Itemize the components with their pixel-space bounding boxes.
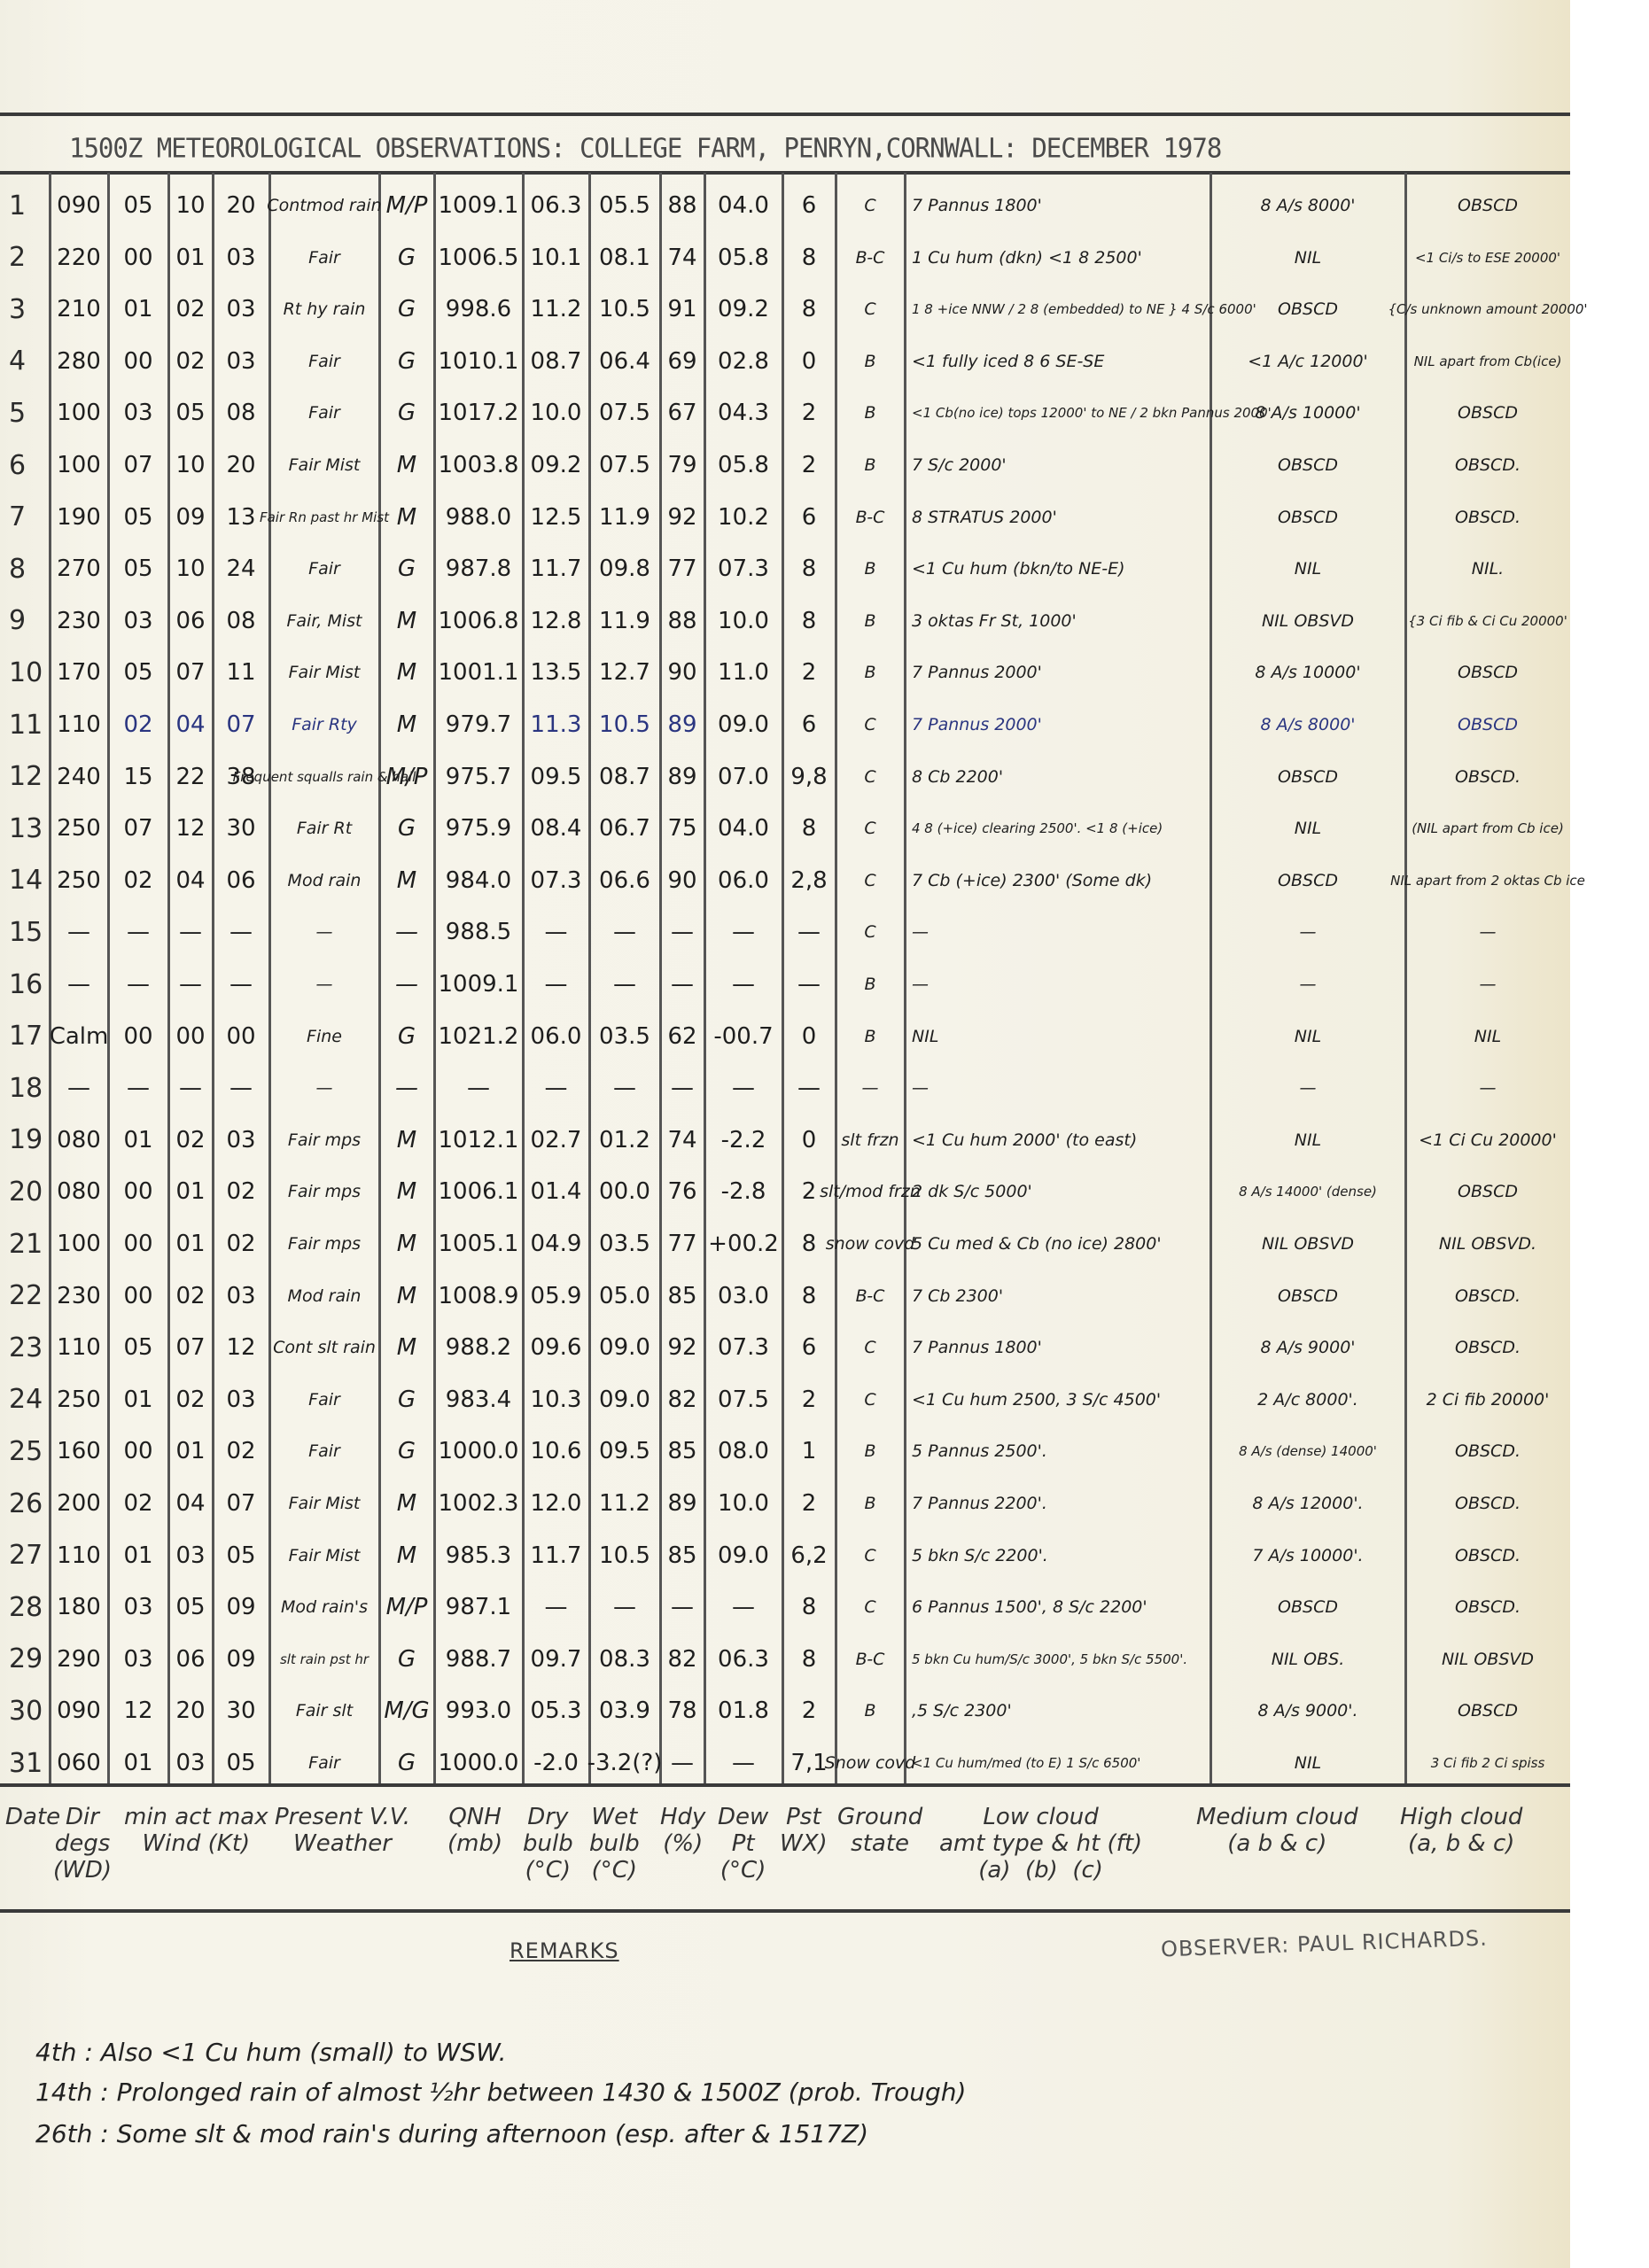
- cell-high: NIL apart from Cb(ice): [1405, 336, 1570, 387]
- cell-dir: 160: [50, 1425, 108, 1477]
- cell-wind-max: 08: [213, 387, 269, 439]
- cell-qnh: 1017.2: [434, 387, 523, 439]
- cell-qnh: 1009.1: [434, 959, 523, 1010]
- cell-wind-min: 03: [108, 1634, 168, 1685]
- cell-wind-max: 06: [213, 855, 269, 906]
- cell-wind-max: 03: [213, 1115, 269, 1166]
- cell-wet: 12.7: [589, 647, 660, 698]
- cell-present-weather: Fair: [269, 387, 379, 439]
- table-row: 15——————988.5—————C———: [0, 906, 1570, 958]
- cell-hdy: —: [660, 906, 704, 958]
- cell-dew: 10.2: [704, 492, 782, 543]
- cell-wet: 03.9: [589, 1685, 660, 1736]
- cell-high: —: [1405, 1062, 1570, 1114]
- cell-wind-max: 30: [213, 1685, 269, 1736]
- cell-wind-min: 01: [108, 1374, 168, 1425]
- cell-hdy: 88: [660, 180, 704, 231]
- cell-wind-max: —: [213, 959, 269, 1010]
- cell-wet: —: [589, 906, 660, 958]
- legend-weather: Present V.V. Weather: [275, 1804, 410, 1857]
- cell-ground: B: [836, 439, 905, 491]
- observer-name: OBSERVER: PAUL RICHARDS.: [1161, 1926, 1489, 1962]
- cell-pst: 8: [782, 1581, 836, 1633]
- cell-high: OBSCD.: [1405, 1425, 1570, 1477]
- cell-hdy: 91: [660, 283, 704, 335]
- cell-wind-max: 08: [213, 595, 269, 647]
- cell-medium: OBSCD: [1210, 439, 1405, 491]
- cell-medium: OBSCD: [1210, 492, 1405, 543]
- cell-low: —: [905, 906, 1217, 958]
- cell-dry: —: [523, 1581, 589, 1633]
- cell-high: OBSCD: [1405, 387, 1570, 439]
- cell-dry: 11.7: [523, 1530, 589, 1581]
- cell-wind-max: 03: [213, 336, 269, 387]
- cell-wet: 11.9: [589, 492, 660, 543]
- legend-date: Date: [5, 1804, 60, 1830]
- cell-dir: 090: [50, 180, 108, 231]
- cell-wind-min: 05: [108, 543, 168, 594]
- cell-present-weather: Fine: [269, 1011, 379, 1062]
- cell-wind-max: 24: [213, 543, 269, 594]
- cell-high: NIL OBSVD.: [1405, 1218, 1570, 1270]
- cell-low: —: [905, 959, 1217, 1010]
- cell-present-weather: Fair Mist: [269, 647, 379, 698]
- cell-dry: 11.3: [523, 699, 589, 750]
- table-row: 21100000102Fair mpsM1005.104.903.577+00.…: [0, 1218, 1570, 1270]
- cell-pst: 2: [782, 439, 836, 491]
- cell-qnh: 983.4: [434, 1374, 523, 1425]
- cell-dry: 02.7: [523, 1115, 589, 1166]
- cell-dry: 08.7: [523, 336, 589, 387]
- cell-dew: —: [704, 906, 782, 958]
- cell-vv: G: [379, 283, 434, 335]
- cell-dry: 09.6: [523, 1322, 589, 1373]
- cell-dry: 12.5: [523, 492, 589, 543]
- table-row: 6100071020Fair MistM1003.809.207.57905.8…: [0, 439, 1570, 491]
- cell-low: 7 Pannus 1800': [905, 1322, 1217, 1373]
- cell-present-weather: Fair mps: [269, 1166, 379, 1217]
- cell-vv: G: [379, 387, 434, 439]
- cell-wind-min: 05: [108, 1322, 168, 1373]
- cell-medium: 8 A/s 10000': [1210, 647, 1405, 698]
- cell-wet: 09.0: [589, 1322, 660, 1373]
- cell-qnh: —: [434, 1062, 523, 1114]
- table-row: 10170050711Fair MistM1001.113.512.79011.…: [0, 647, 1570, 698]
- cell-wet: 05.0: [589, 1270, 660, 1322]
- cell-medium: 8 A/s 8000': [1210, 180, 1405, 231]
- table-row: 20080000102Fair mpsM1006.101.400.076-2.8…: [0, 1166, 1570, 1217]
- cell-low: NIL: [905, 1011, 1217, 1062]
- cell-dry: 11.2: [523, 283, 589, 335]
- cell-present-weather: Rt hy rain: [269, 283, 379, 335]
- cell-dir: 100: [50, 387, 108, 439]
- cell-wind-max: 03: [213, 1374, 269, 1425]
- cell-dry: 13.5: [523, 647, 589, 698]
- cell-high: (NIL apart from Cb ice): [1405, 803, 1570, 854]
- cell-wind-min: 05: [108, 492, 168, 543]
- cell-present-weather: Fair: [269, 1374, 379, 1425]
- cell-present-weather: Fair: [269, 1737, 379, 1789]
- cell-low: 7 Pannus 2200'.: [905, 1478, 1217, 1529]
- cell-wind-act: 04: [168, 699, 213, 750]
- cell-dry: 04.9: [523, 1218, 589, 1270]
- cell-pst: 6: [782, 492, 836, 543]
- cell-wind-act: 01: [168, 1218, 213, 1270]
- cell-wind-act: 22: [168, 751, 213, 803]
- cell-dew: 05.8: [704, 232, 782, 283]
- cell-vv: M/P: [379, 1581, 434, 1633]
- cell-vv: M: [379, 647, 434, 698]
- cell-wet: 11.2: [589, 1478, 660, 1529]
- cell-dir: 270: [50, 543, 108, 594]
- legend-wind: min act max Wind (Kt): [124, 1804, 268, 1857]
- cell-qnh: 1000.0: [434, 1425, 523, 1477]
- remarks-heading: REMARKS: [509, 1938, 619, 1963]
- cell-ground: C: [836, 699, 905, 750]
- cell-qnh: 1006.1: [434, 1166, 523, 1217]
- cell-dir: 220: [50, 232, 108, 283]
- cell-qnh: 975.9: [434, 803, 523, 854]
- table-row: 11110020407Fair RtyM979.711.310.58909.06…: [0, 699, 1570, 750]
- cell-dew: 10.0: [704, 595, 782, 647]
- cell-wind-min: 00: [108, 1166, 168, 1217]
- cell-dew: 08.0: [704, 1425, 782, 1477]
- cell-medium: 2 A/c 8000'.: [1210, 1374, 1405, 1425]
- cell-medium: 8 A/s 9000': [1210, 1322, 1405, 1373]
- cell-hdy: 85: [660, 1530, 704, 1581]
- cell-medium: NIL: [1210, 543, 1405, 594]
- cell-wet: 07.5: [589, 387, 660, 439]
- remark-line: 14th : Prolonged rain of almost ½hr betw…: [35, 2078, 966, 2107]
- cell-ground: B: [836, 1425, 905, 1477]
- cell-wet: 09.5: [589, 1425, 660, 1477]
- cell-wind-max: 03: [213, 1270, 269, 1322]
- cell-hdy: 75: [660, 803, 704, 854]
- cell-vv: M: [379, 699, 434, 750]
- cell-wind-min: —: [108, 959, 168, 1010]
- cell-dir: 290: [50, 1634, 108, 1685]
- cell-wind-min: 00: [108, 1218, 168, 1270]
- cell-dew: 04.3: [704, 387, 782, 439]
- cell-low: 8 Cb 2200': [905, 751, 1217, 803]
- cell-wind-act: 10: [168, 543, 213, 594]
- table-row: 18————————————————: [0, 1062, 1570, 1114]
- cell-dry: 11.7: [523, 543, 589, 594]
- cell-qnh: 1009.1: [434, 180, 523, 231]
- legend-dew: Dew Pt (°C): [718, 1804, 768, 1884]
- column-legend: Date Dir degs (WD) min act max Wind (Kt)…: [0, 1786, 1570, 1910]
- cell-vv: G: [379, 803, 434, 854]
- cell-present-weather: Cont slt rain: [269, 1322, 379, 1373]
- cell-qnh: 1010.1: [434, 336, 523, 387]
- cell-hdy: 90: [660, 855, 704, 906]
- cell-vv: M: [379, 1322, 434, 1373]
- cell-dry: 10.3: [523, 1374, 589, 1425]
- cell-present-weather: Fair Rn past hr Mist: [269, 492, 379, 543]
- cell-wind-max: 02: [213, 1425, 269, 1477]
- cell-hdy: —: [660, 959, 704, 1010]
- cell-low: —: [905, 1062, 1217, 1114]
- cell-wind-act: 07: [168, 647, 213, 698]
- cell-vv: G: [379, 232, 434, 283]
- cell-qnh: 987.1: [434, 1581, 523, 1633]
- cell-dew: +00.2: [704, 1218, 782, 1270]
- cell-hdy: 74: [660, 232, 704, 283]
- cell-dew: 03.0: [704, 1270, 782, 1322]
- legend-dry: Dry bulb (°C): [523, 1804, 573, 1884]
- cell-pst: 0: [782, 336, 836, 387]
- cell-low: <1 fully iced 8 6 SE-SE: [905, 336, 1217, 387]
- cell-pst: 8: [782, 1270, 836, 1322]
- cell-pst: 2: [782, 1374, 836, 1425]
- cell-low: 8 STRATUS 2000': [905, 492, 1217, 543]
- observation-sheet: 1500Z METEOROLOGICAL OBSERVATIONS: COLLE…: [0, 0, 1570, 2268]
- cell-qnh: 1006.5: [434, 232, 523, 283]
- cell-hdy: 79: [660, 439, 704, 491]
- cell-high: OBSCD: [1405, 1685, 1570, 1736]
- cell-low: 7 Pannus 1800': [905, 180, 1217, 231]
- cell-ground: C: [836, 1374, 905, 1425]
- cell-wet: 09.8: [589, 543, 660, 594]
- cell-pst: 6: [782, 699, 836, 750]
- cell-pst: —: [782, 959, 836, 1010]
- cell-wind-min: 05: [108, 180, 168, 231]
- table-row: 13250071230Fair RtG975.908.406.77504.08C…: [0, 803, 1570, 854]
- cell-wet: 08.7: [589, 751, 660, 803]
- cell-vv: G: [379, 1011, 434, 1062]
- cell-wind-act: 06: [168, 595, 213, 647]
- cell-hdy: —: [660, 1737, 704, 1789]
- cell-medium: 8 A/s 14000' (dense): [1210, 1166, 1405, 1217]
- cell-dew: -2.8: [704, 1166, 782, 1217]
- cell-high: {C/s unknown amount 20000': [1405, 283, 1570, 335]
- cell-vv: M/G: [379, 1685, 434, 1736]
- cell-ground: B-C: [836, 1634, 905, 1685]
- cell-wind-max: 20: [213, 439, 269, 491]
- cell-ground: C: [836, 1530, 905, 1581]
- sheet-title: 1500Z METEOROLOGICAL OBSERVATIONS: COLLE…: [69, 132, 1221, 164]
- cell-medium: NIL: [1210, 1737, 1405, 1789]
- cell-medium: NIL OBSVD: [1210, 595, 1405, 647]
- cell-wind-act: —: [168, 906, 213, 958]
- cell-low: 7 Cb 2300': [905, 1270, 1217, 1322]
- cell-qnh: 1006.8: [434, 595, 523, 647]
- legend-wet: Wet bulb (°C): [589, 1804, 640, 1884]
- cell-wind-min: 00: [108, 1270, 168, 1322]
- cell-low: 5 Cu med & Cb (no ice) 2800': [905, 1218, 1217, 1270]
- cell-dew: -2.2: [704, 1115, 782, 1166]
- cell-vv: M: [379, 439, 434, 491]
- cell-pst: 8: [782, 1634, 836, 1685]
- cell-present-weather: Fair: [269, 1425, 379, 1477]
- cell-wind-min: 01: [108, 1737, 168, 1789]
- cell-wind-max: 07: [213, 699, 269, 750]
- cell-wet: 06.6: [589, 855, 660, 906]
- cell-pst: —: [782, 906, 836, 958]
- cell-dry: 10.0: [523, 387, 589, 439]
- table-row: 12240152238Frequent squalls rain & hailM…: [0, 751, 1570, 803]
- cell-wind-act: —: [168, 1062, 213, 1114]
- cell-pst: 0: [782, 1011, 836, 1062]
- cell-dry: 10.1: [523, 232, 589, 283]
- cell-wind-act: 20: [168, 1685, 213, 1736]
- cell-qnh: 1012.1: [434, 1115, 523, 1166]
- cell-wet: 09.0: [589, 1374, 660, 1425]
- cell-high: OBSCD.: [1405, 439, 1570, 491]
- cell-hdy: 82: [660, 1634, 704, 1685]
- cell-low: <1 Cu hum/med (to E) 1 S/c 6500': [905, 1737, 1217, 1789]
- cell-dry: 09.2: [523, 439, 589, 491]
- cell-wind-max: 02: [213, 1166, 269, 1217]
- cell-qnh: 1005.1: [434, 1218, 523, 1270]
- cell-low: 3 oktas Fr St, 1000': [905, 595, 1217, 647]
- cell-wind-act: 02: [168, 1374, 213, 1425]
- table-row: 27110010305Fair MistM985.311.710.58509.0…: [0, 1530, 1570, 1581]
- cell-qnh: 985.3: [434, 1530, 523, 1581]
- cell-dew: 11.0: [704, 647, 782, 698]
- cell-ground: Snow covd: [836, 1737, 905, 1789]
- cell-ground: C: [836, 906, 905, 958]
- cell-present-weather: Fair mps: [269, 1218, 379, 1270]
- cell-wet: 01.2: [589, 1115, 660, 1166]
- cell-dew: 07.3: [704, 543, 782, 594]
- cell-medium: OBSCD: [1210, 751, 1405, 803]
- cell-dry: —: [523, 906, 589, 958]
- cell-dir: 210: [50, 283, 108, 335]
- cell-present-weather: Fair, Mist: [269, 595, 379, 647]
- legend-qnh: QNH (mb): [447, 1804, 502, 1857]
- table-row: 7190050913Fair Rn past hr MistM988.012.5…: [0, 492, 1570, 543]
- cell-vv: M: [379, 1115, 434, 1166]
- cell-medium: OBSCD: [1210, 1270, 1405, 1322]
- cell-qnh: 1003.8: [434, 439, 523, 491]
- cell-ground: B: [836, 1478, 905, 1529]
- cell-wet: —: [589, 1062, 660, 1114]
- cell-low: 7 S/c 2000': [905, 439, 1217, 491]
- cell-low: 7 Pannus 2000': [905, 699, 1217, 750]
- cell-wind-act: 02: [168, 283, 213, 335]
- cell-medium: 8 A/s 8000': [1210, 699, 1405, 750]
- cell-wind-max: 30: [213, 803, 269, 854]
- cell-wind-act: 02: [168, 336, 213, 387]
- cell-hdy: 89: [660, 699, 704, 750]
- cell-ground: B: [836, 336, 905, 387]
- table-row: 5100030508FairG1017.210.007.56704.32B<1 …: [0, 387, 1570, 439]
- cell-dew: 02.8: [704, 336, 782, 387]
- cell-qnh: 979.7: [434, 699, 523, 750]
- cell-pst: 2,8: [782, 855, 836, 906]
- cell-ground: C: [836, 803, 905, 854]
- cell-low: 5 bkn Cu hum/S/c 3000', 5 bkn S/c 5500'.: [905, 1634, 1217, 1685]
- cell-ground: C: [836, 1322, 905, 1373]
- remark-line: 4th : Also <1 Cu hum (small) to WSW.: [35, 2038, 506, 2067]
- cell-low: 7 Pannus 2000': [905, 647, 1217, 698]
- cell-dir: 110: [50, 1322, 108, 1373]
- cell-present-weather: Fair: [269, 543, 379, 594]
- legend-hdy: Hdy (%): [660, 1804, 705, 1857]
- table-row: 28180030509Mod rain'sM/P987.1————8C6 Pan…: [0, 1581, 1570, 1633]
- cell-wet: 10.5: [589, 1530, 660, 1581]
- cell-hdy: 92: [660, 1322, 704, 1373]
- cell-wind-min: 00: [108, 1011, 168, 1062]
- cell-dew: 05.8: [704, 439, 782, 491]
- table-row: 25160000102FairG1000.010.609.58508.01B5 …: [0, 1425, 1570, 1477]
- cell-present-weather: Fair Mist: [269, 1478, 379, 1529]
- cell-medium: —: [1210, 959, 1405, 1010]
- cell-ground: C: [836, 180, 905, 231]
- cell-pst: 8: [782, 543, 836, 594]
- cell-present-weather: —: [269, 1062, 379, 1114]
- cell-pst: 2: [782, 1685, 836, 1736]
- cell-high: OBSCD: [1405, 699, 1570, 750]
- cell-medium: <1 A/c 12000': [1210, 336, 1405, 387]
- cell-wind-max: 02: [213, 1218, 269, 1270]
- cell-low: ,5 S/c 2300': [905, 1685, 1217, 1736]
- cell-high: NIL OBSVD: [1405, 1634, 1570, 1685]
- cell-dir: —: [50, 906, 108, 958]
- cell-wind-min: 07: [108, 803, 168, 854]
- cell-ground: B: [836, 1011, 905, 1062]
- cell-qnh: 988.2: [434, 1322, 523, 1373]
- legend-high-cloud: High cloud (a, b & c): [1400, 1804, 1522, 1857]
- cell-high: OBSCD.: [1405, 1530, 1570, 1581]
- cell-wind-min: 02: [108, 1478, 168, 1529]
- cell-vv: M: [379, 855, 434, 906]
- cell-wind-act: 01: [168, 1166, 213, 1217]
- cell-dir: 170: [50, 647, 108, 698]
- cell-dew: —: [704, 1581, 782, 1633]
- cell-wind-min: 02: [108, 699, 168, 750]
- cell-present-weather: Fair: [269, 232, 379, 283]
- cell-wind-max: 00: [213, 1011, 269, 1062]
- cell-medium: NIL OBS.: [1210, 1634, 1405, 1685]
- cell-dew: 09.0: [704, 699, 782, 750]
- legend-low-cloud: Low cloud amt type & ht (ft) (a) (b) (c): [939, 1804, 1142, 1884]
- cell-wind-act: 10: [168, 180, 213, 231]
- cell-wind-act: 05: [168, 387, 213, 439]
- cell-dry: 09.5: [523, 751, 589, 803]
- cell-medium: NIL: [1210, 232, 1405, 283]
- cell-ground: —: [836, 1062, 905, 1114]
- cell-dry: 01.4: [523, 1166, 589, 1217]
- cell-low: <1 Cu hum (bkn/to NE-E): [905, 543, 1217, 594]
- cell-dry: —: [523, 1062, 589, 1114]
- cell-wind-act: 06: [168, 1634, 213, 1685]
- cell-pst: 0: [782, 1115, 836, 1166]
- cell-wind-min: 12: [108, 1685, 168, 1736]
- cell-wind-act: 03: [168, 1530, 213, 1581]
- cell-wet: 06.4: [589, 336, 660, 387]
- cell-vv: G: [379, 1425, 434, 1477]
- cell-ground: C: [836, 855, 905, 906]
- cell-ground: B: [836, 387, 905, 439]
- table-row: 30090122030Fair sltM/G993.005.303.97801.…: [0, 1685, 1570, 1736]
- cell-dry: -2.0: [523, 1737, 589, 1789]
- cell-low: <1 Cu hum 2500, 3 S/c 4500': [905, 1374, 1217, 1425]
- cell-present-weather: Mod rain: [269, 855, 379, 906]
- cell-dir: 060: [50, 1737, 108, 1789]
- cell-ground: B-C: [836, 232, 905, 283]
- cell-dir: 230: [50, 1270, 108, 1322]
- cell-pst: 2: [782, 387, 836, 439]
- cell-wind-min: 15: [108, 751, 168, 803]
- cell-dir: 200: [50, 1478, 108, 1529]
- cell-dir: 100: [50, 1218, 108, 1270]
- cell-dry: 05.3: [523, 1685, 589, 1736]
- cell-hdy: 85: [660, 1270, 704, 1322]
- cell-dew: 04.0: [704, 180, 782, 231]
- cell-high: <1 Ci Cu 20000': [1405, 1115, 1570, 1166]
